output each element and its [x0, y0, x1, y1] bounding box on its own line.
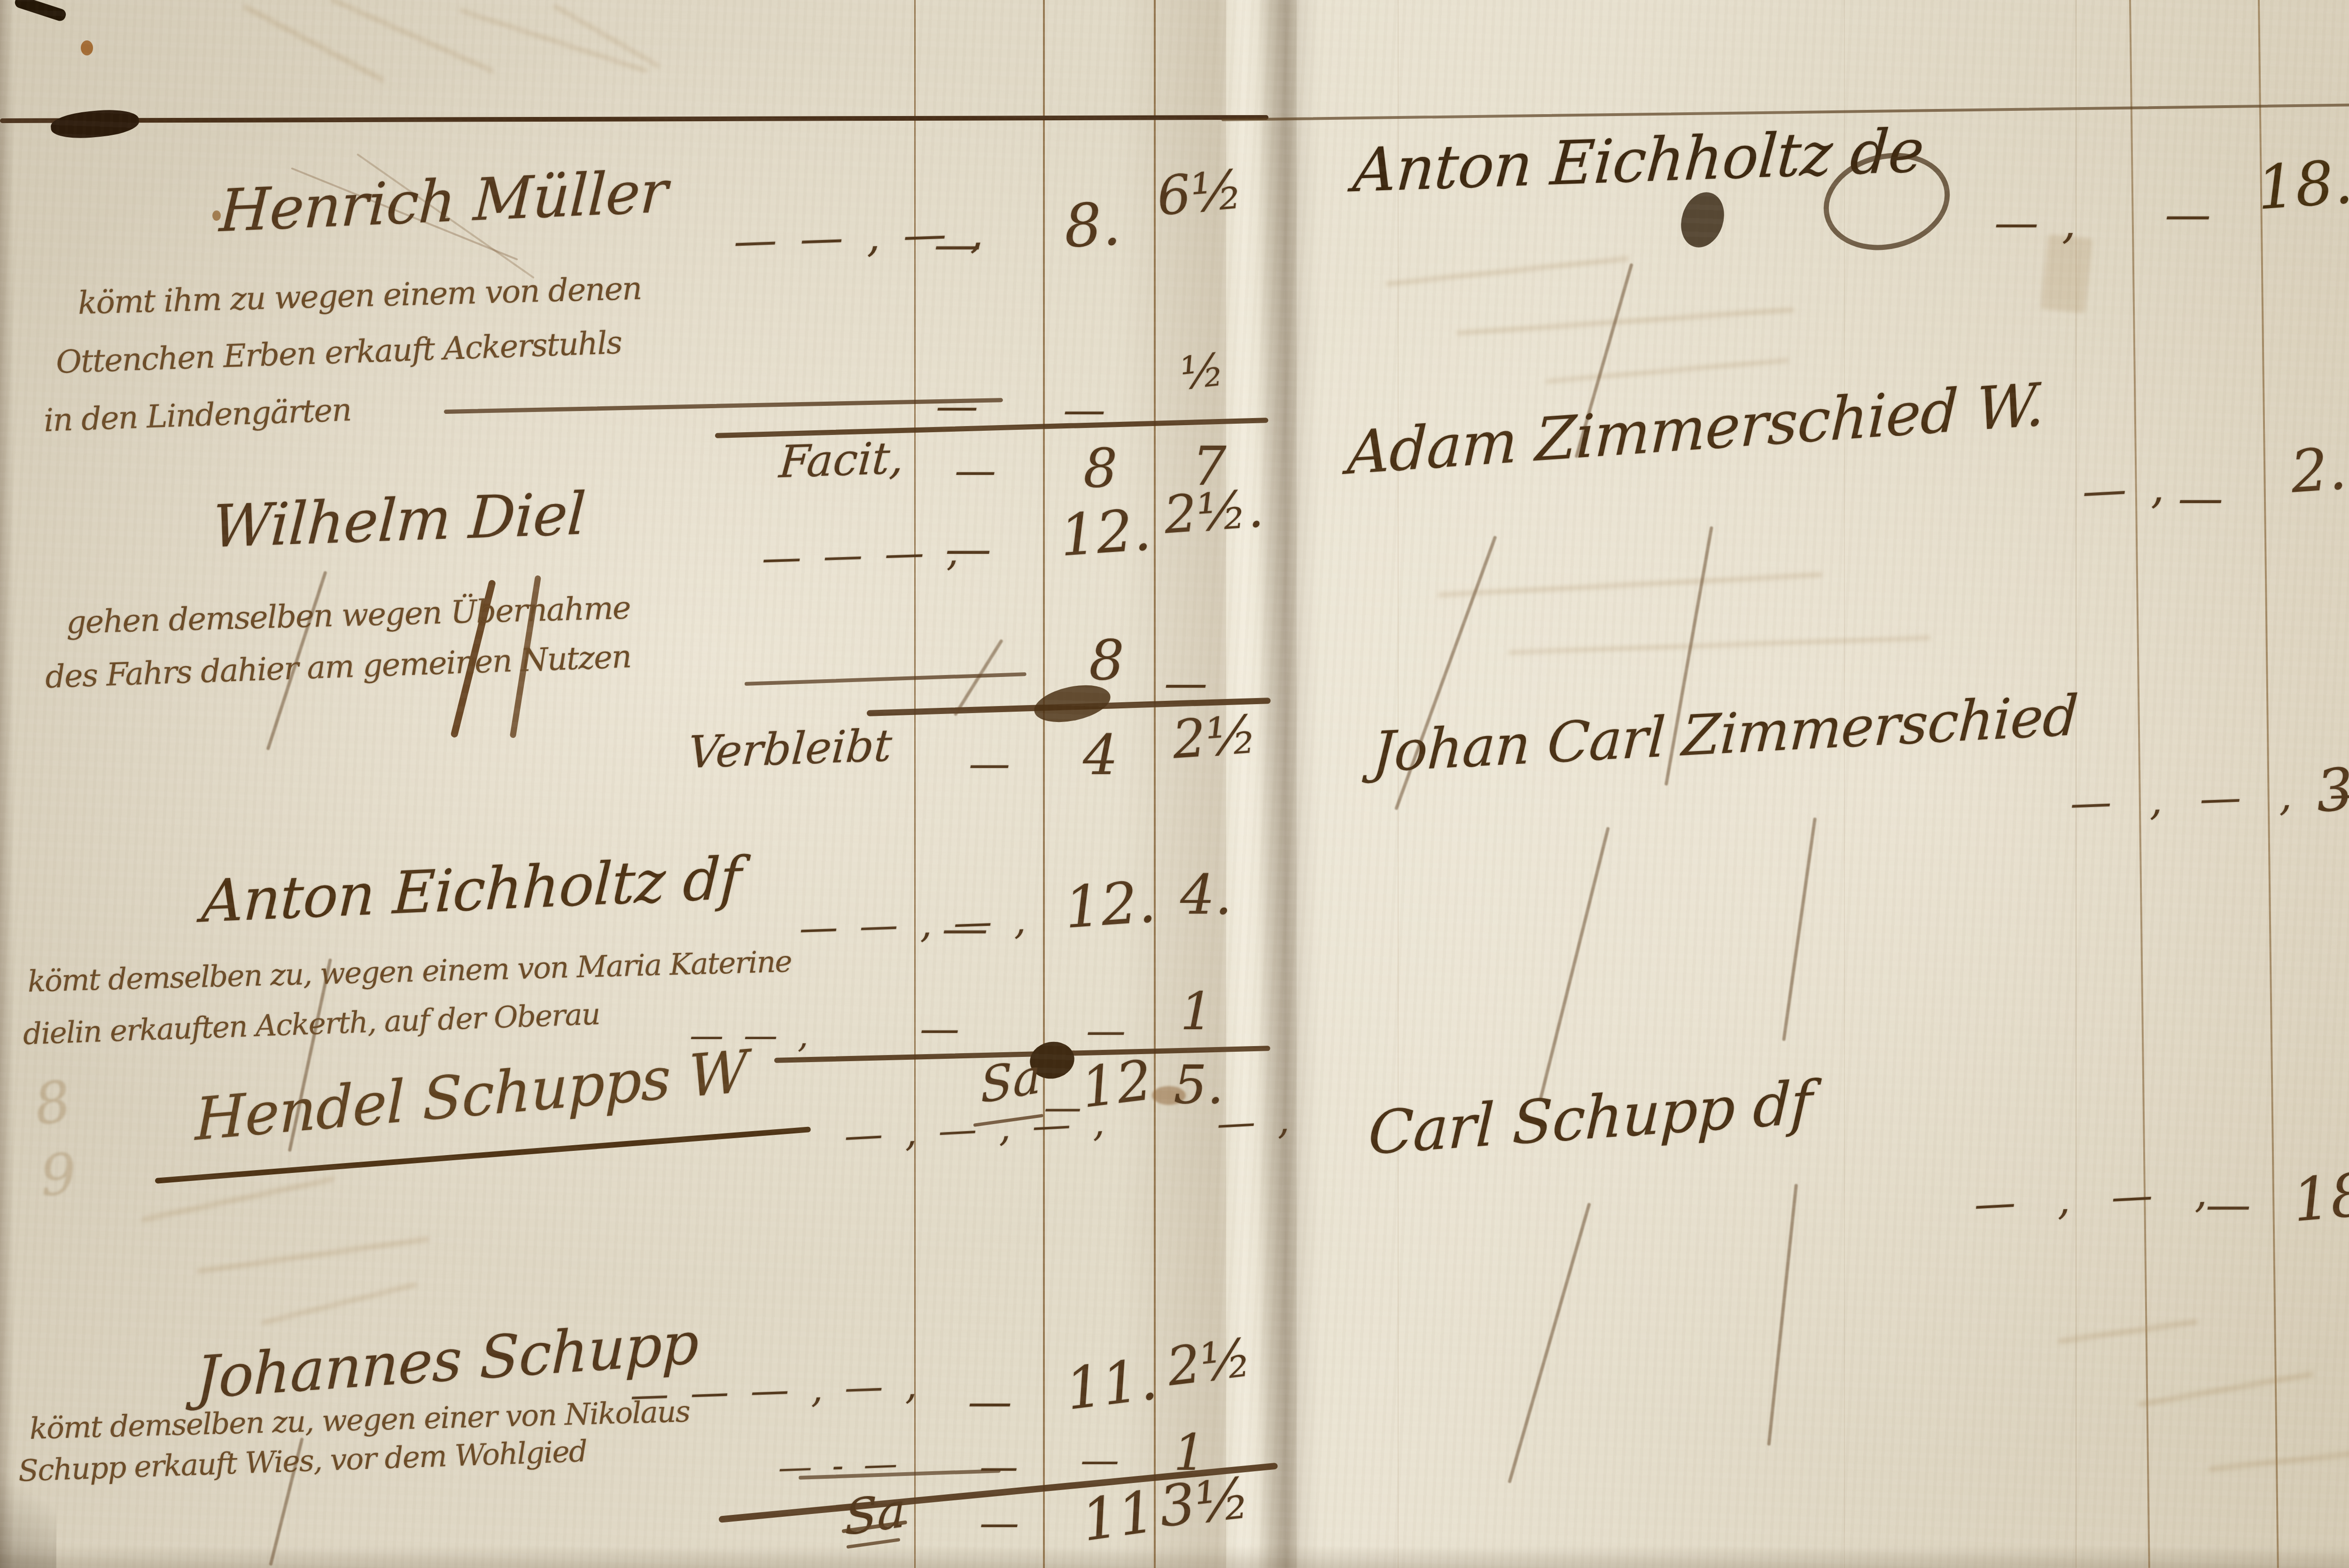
flourish-tail: [1767, 1184, 1797, 1446]
total-label: Verbleibt: [686, 724, 893, 775]
amount-col1: —: [968, 1380, 1012, 1424]
entry-note-line: kömt ihm zu wegen einem von denen: [78, 273, 642, 319]
top-rule-ink-blob: [50, 107, 140, 141]
entry-name: Anton Eichholtz df: [201, 849, 742, 931]
ghost-stroke: [196, 1236, 430, 1273]
entry-note-line: Ottenchen Erben erkauft Ackerstuhls: [55, 327, 622, 378]
amount-col2: 3.: [2314, 759, 2349, 821]
total-col3: 2½: [1171, 708, 1259, 766]
entry-name: Henrich Müller: [218, 163, 669, 241]
total-label: Facit,: [778, 436, 905, 485]
amount-col3: 2½.: [1162, 482, 1265, 541]
total-col1: —: [969, 743, 1010, 784]
entry-dashes: — , — , — ,: [2069, 770, 2349, 824]
amount-col2: 18.: [2290, 1164, 2349, 1231]
ghost-margin-digit: 8: [31, 1073, 74, 1133]
entry-note-line: gehen demselben wegen Übernahme: [66, 592, 630, 638]
amount-col1: —: [2165, 192, 2211, 238]
entry-name-struck: Hendel Schupps W: [195, 1042, 747, 1149]
entry-name: Johan Carl Zimmerschied: [1371, 687, 2079, 780]
left-column-rule-2: [1043, 0, 1045, 1568]
paper-crease-1: [1398, 0, 1399, 1568]
total-col1: —: [980, 1503, 1019, 1543]
amount-col1: —: [945, 526, 991, 572]
amount-col2: 18.: [2255, 152, 2349, 219]
ghost-stroke: [1508, 636, 1931, 654]
sub-amount-col3: 1: [1180, 986, 1213, 1037]
note-trailing-stroke: [444, 398, 1003, 414]
corner-ink-speck: [14, 0, 68, 23]
sub-amount-col2: —: [1086, 1011, 1126, 1050]
amount-col1: —: [2206, 1182, 2251, 1227]
ghost-stroke: [1386, 256, 1629, 286]
total-label: Sa: [980, 1052, 1042, 1111]
amount-col3: 6½: [1155, 163, 1245, 224]
rust-spot: [81, 40, 93, 55]
flourish-tail: [1782, 817, 1817, 1041]
entry-note-line: des Fahrs dahier am gemeinen Nutzen: [45, 641, 631, 692]
left-edge-shadow: [0, 0, 14, 1568]
entry-dashes: — ,: [1994, 201, 2081, 245]
total-label: Sa: [845, 1486, 905, 1543]
sub-amount-col2: —: [1081, 1441, 1119, 1480]
note-trailing-stroke: [745, 672, 1027, 686]
entry-note-line: kömt demselben zu, wegen einer von Nikol…: [29, 1397, 690, 1444]
amount-col2: 2.: [2289, 440, 2349, 502]
total-col2: 11: [1078, 1483, 1159, 1549]
top-rule-right-page: [1221, 101, 2349, 121]
amount-col2: 8.: [1063, 194, 1122, 256]
ghost-stroke: [1546, 358, 1789, 383]
entry-name: Wilhelm Diel: [210, 485, 587, 556]
ghost-stroke: [261, 1282, 417, 1325]
total-col2: 8: [1083, 442, 1118, 495]
left-column-rule-3: [1154, 0, 1156, 1568]
total-col3: 3½: [1157, 1470, 1252, 1536]
bottom-edge-shadow: [0, 1545, 2349, 1568]
sub-amount-col1: —: [980, 1448, 1018, 1486]
sub-amount-col1: —: [936, 385, 978, 427]
amount-col2: 12.: [1063, 873, 1158, 936]
ghost-stroke: [2058, 1319, 2198, 1344]
ghost-stroke: [2138, 1371, 2314, 1407]
amount-col2: 11.: [1063, 1350, 1160, 1418]
entry-name: Adam Zimmerschied W.: [1346, 375, 2046, 483]
amount-col1: —: [942, 906, 988, 952]
entry-dashes: — , — ,: [1973, 1171, 2222, 1225]
amount-col1: —: [2178, 475, 2223, 520]
ghost-stroke: [2208, 1446, 2349, 1472]
amount-col2: 12.: [1058, 501, 1153, 564]
total-col2: 4: [1083, 727, 1118, 783]
sub-amount-col3: —: [1164, 661, 1207, 705]
fold-shadow: [1258, 0, 1319, 1568]
entry-dashes: — ,: [2081, 465, 2170, 513]
entry-name: Carl Schupp df: [1368, 1073, 1813, 1164]
entry-name-dashes: — — — ,: [761, 531, 964, 578]
sub-amount-col1: —: [920, 1009, 959, 1048]
top-rule-left-page: [0, 115, 1268, 123]
total-col1: —: [955, 450, 996, 491]
ledger-spread: 8 9 Henrich Müller — — , — , — 8. 6½ köm…: [0, 0, 2349, 1568]
entry-name: Johannes Schupp: [195, 1314, 699, 1407]
amount-col3: 4.: [1180, 868, 1232, 923]
amount-col1: —: [934, 221, 981, 268]
fold-edge-dash: — ,: [1216, 1101, 1295, 1143]
ghost-stroke: [141, 1177, 335, 1222]
note-dashes: — - —: [778, 1446, 902, 1484]
sum-line: [715, 418, 1268, 438]
entry-note-line: in den Lindengärten: [43, 394, 351, 436]
name-ink-blob: [1674, 186, 1731, 253]
ghost-stroke: [1456, 308, 1794, 335]
sub-amount-col2: 8: [1089, 632, 1124, 688]
sub-amount-col3: ½: [1178, 347, 1227, 396]
entry-name-dashes: — — , — ,: [799, 901, 1031, 948]
flourish-tail: [1508, 1203, 1591, 1483]
entry-name-dashes: — , — , — ,: [843, 1103, 1110, 1155]
entry-note-line: kömt demselben zu, wegen einem von Maria…: [27, 947, 792, 996]
flourish-tail: [1539, 827, 1610, 1101]
ghost-margin-digit: 9: [39, 1146, 78, 1205]
ghost-stroke: [459, 8, 648, 73]
ghost-stroke: [1438, 573, 1822, 597]
amount-col3: 2½: [1164, 1331, 1254, 1394]
